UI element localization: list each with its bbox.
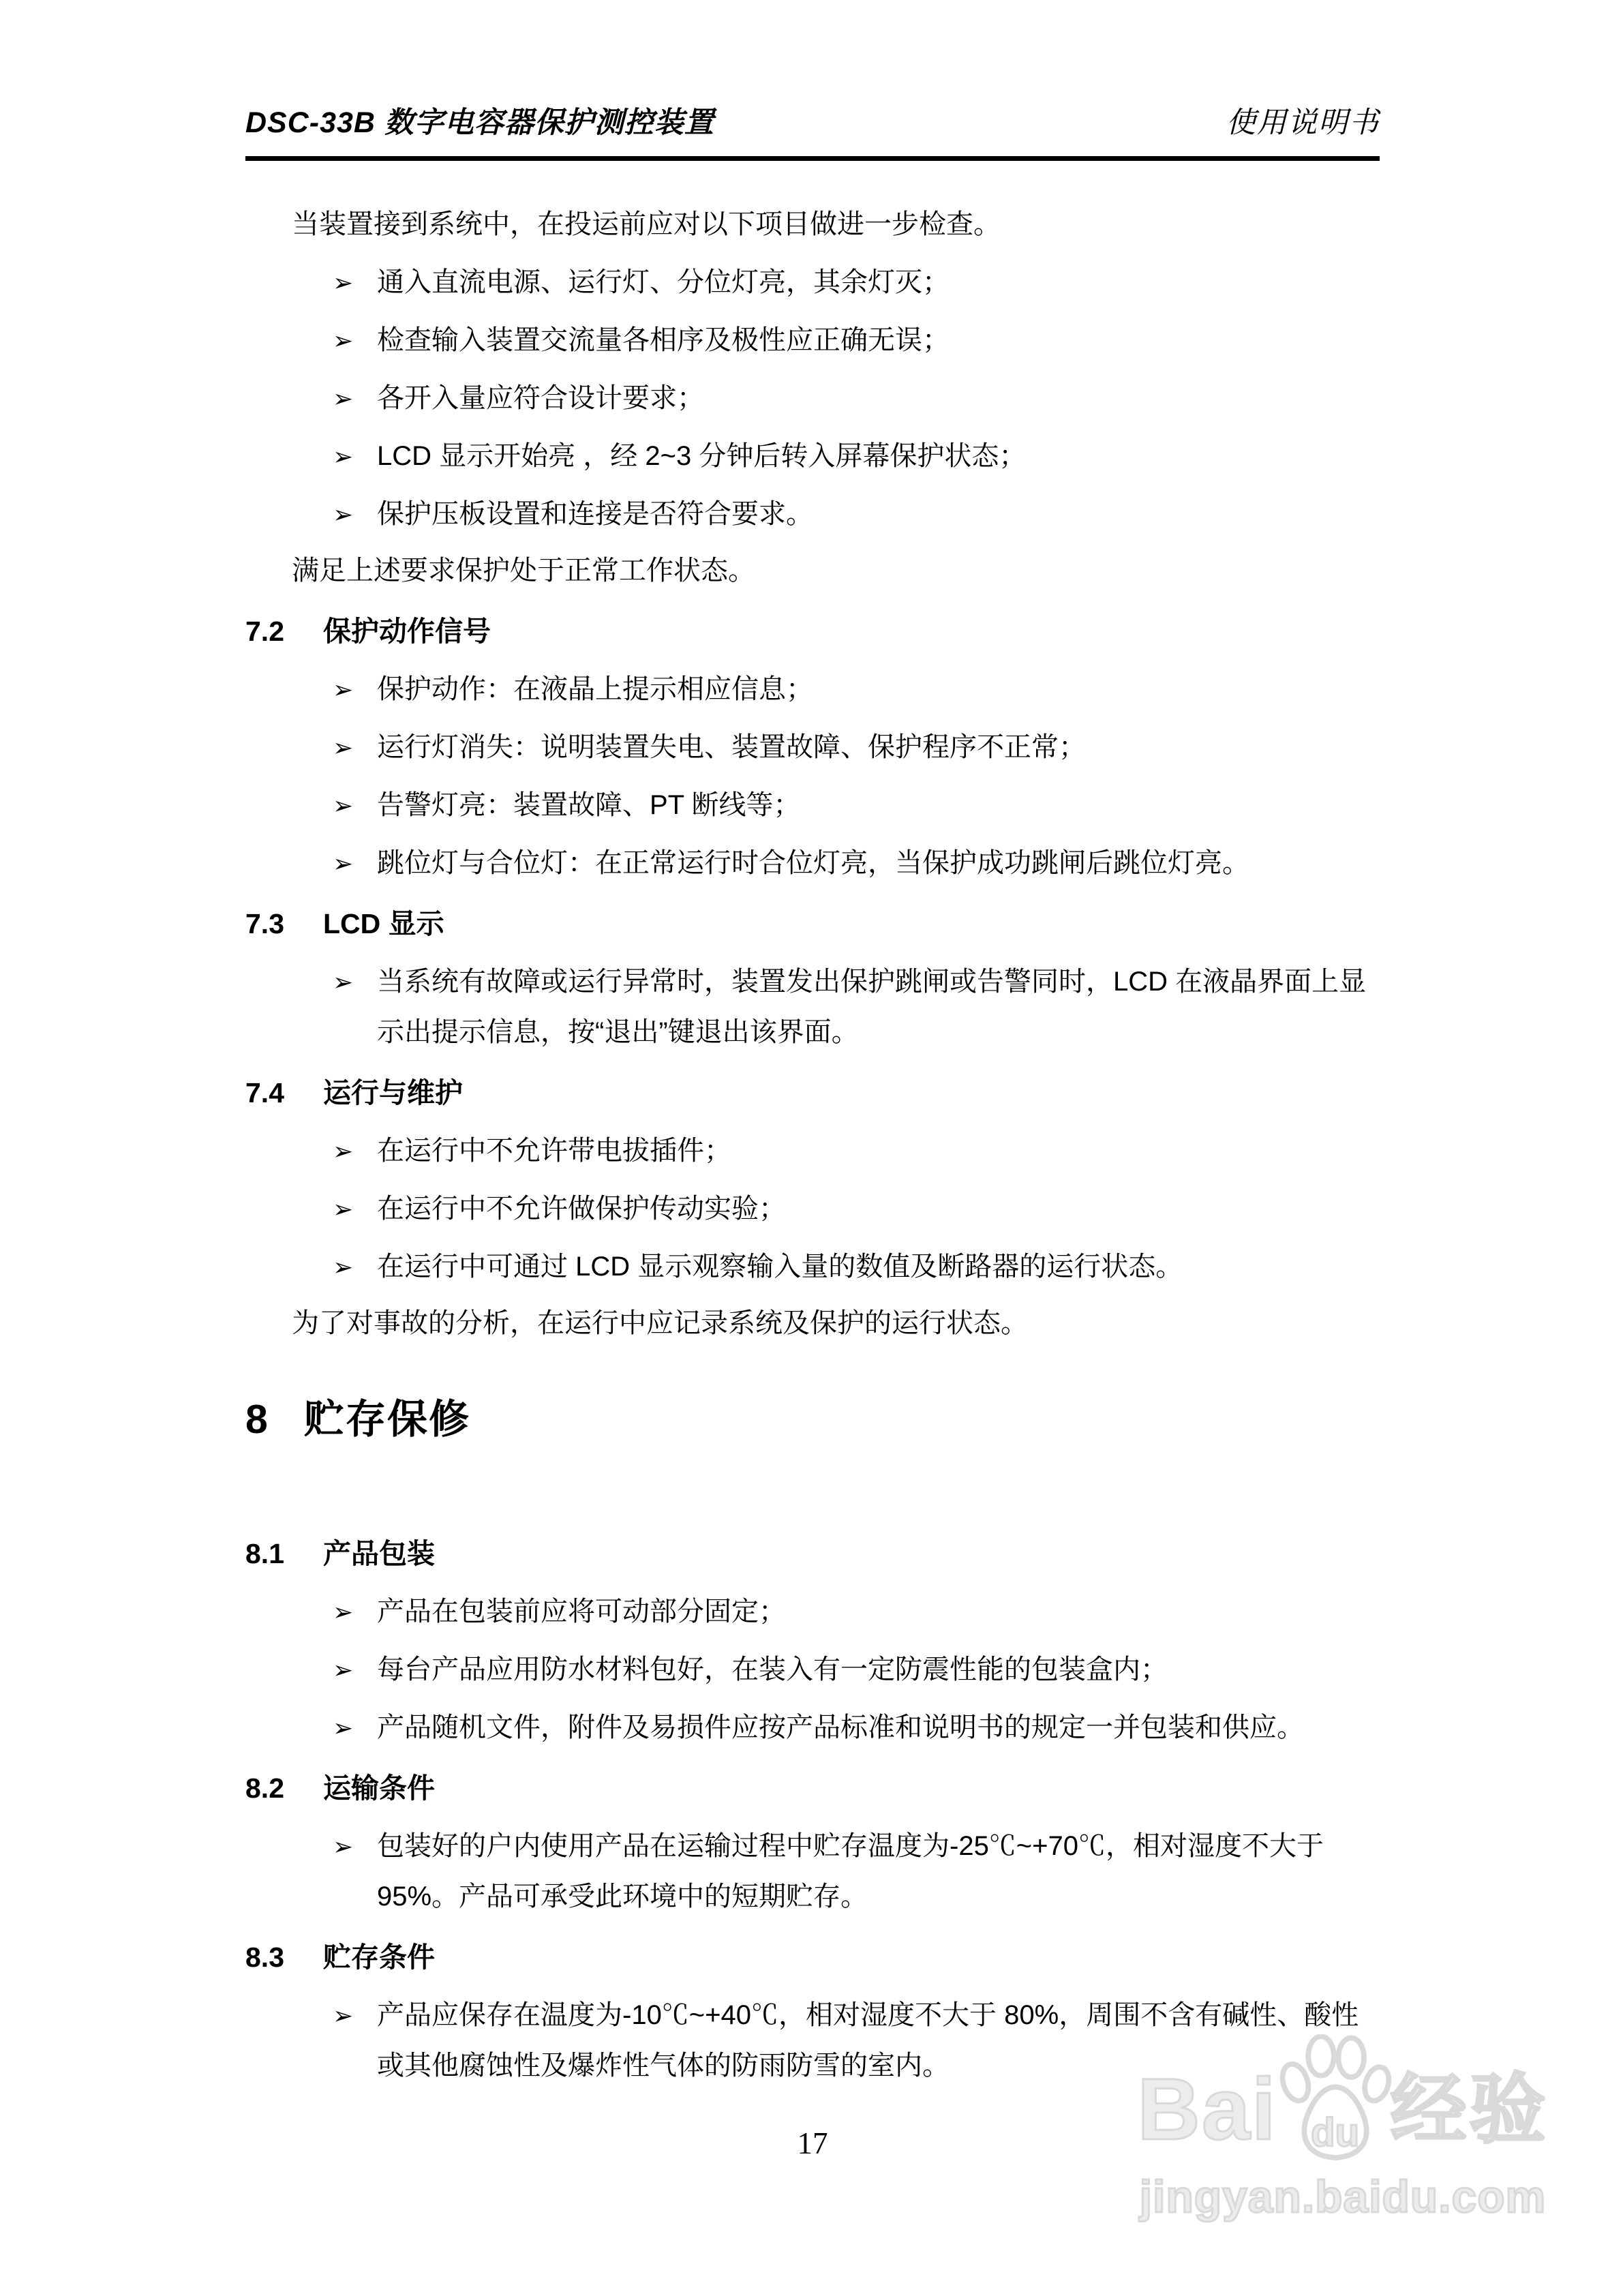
list-item-text: 每台产品应用防水材料包好，在装入有一定防震性能的包装盒内；	[377, 1655, 1168, 1685]
list-item: ➢ 包装好的户内使用产品在运输过程中贮存温度为-25℃~+70℃，相对湿度不大于…	[245, 1821, 1380, 1922]
section-number: 7.2	[245, 606, 323, 656]
section-heading-7-2: 7.2保护动作信号	[245, 606, 1380, 656]
bullet-arrow-icon: ➢	[333, 316, 353, 366]
bullet-arrow-icon: ➢	[333, 781, 353, 831]
section-number: 7.3	[245, 898, 323, 949]
list-item-text: 产品随机文件，附件及易损件应按产品标准和说明书的规定一并包装和供应。	[377, 1712, 1304, 1742]
bullet-arrow-icon: ➢	[333, 1242, 353, 1293]
section-title: 保护动作信号	[323, 616, 491, 647]
list-item-text: 通入直流电源、运行灯、分位灯亮，其余灯灭；	[377, 267, 950, 297]
baidu-jingyan-watermark: Bai du 经验 jingyan.baidu.com	[1135, 2045, 1551, 2222]
list-item-text: 保护动作：在液晶上提示相应信息；	[377, 674, 813, 704]
list-item-text: 运行灯消失：说明装置失电、装置故障、保护程序不正常；	[377, 732, 1086, 762]
bullet-arrow-icon: ➢	[333, 1822, 353, 1872]
list-item-text: 检查输入装置交流量各相序及极性应正确无误；	[377, 325, 950, 355]
list-item-text: 告警灯亮：装置故障、PT 断线等；	[377, 790, 801, 820]
bullet-arrow-icon: ➢	[333, 1587, 353, 1637]
header-doc-title: 使用说明书	[1226, 102, 1380, 143]
bullet-arrow-icon: ➢	[333, 1703, 353, 1753]
bullet-arrow-icon: ➢	[333, 432, 353, 482]
list-item: ➢ 每台产品应用防水材料包好，在装入有一定防震性能的包装盒内；	[245, 1644, 1380, 1695]
watermark-bai-text: Bai	[1137, 2066, 1277, 2154]
watermark-jingyan-text: 经验	[1391, 2072, 1549, 2148]
section-heading-8-3: 8.3贮存条件	[245, 1932, 1380, 1982]
list-item-text: 在运行中不允许带电拔插件；	[377, 1136, 731, 1166]
section-heading-8-2: 8.2运输条件	[245, 1763, 1380, 1813]
list-item: ➢ 检查输入装置交流量各相序及极性应正确无误；	[245, 315, 1380, 365]
list-item: ➢ 保护动作：在液晶上提示相应信息；	[245, 664, 1380, 714]
watermark-du-text: du	[1311, 2113, 1359, 2153]
list-item: ➢ 当系统有故障或运行异常时，装置发出保护跳闸或告警同时，LCD 在液晶界面上显…	[245, 956, 1380, 1057]
watermark-url-text: jingyan.baidu.com	[1135, 2171, 1551, 2222]
list-item-text: 包装好的户内使用产品在运输过程中贮存温度为-25℃~+70℃，相对湿度不大于 9…	[377, 1831, 1324, 1912]
list-item-text: LCD 显示开始亮 ，经 2~3 分钟后转入屏幕保护状态；	[377, 441, 1026, 471]
list-item: ➢ 运行灯消失：说明装置失电、装置故障、保护程序不正常；	[245, 722, 1380, 772]
section-title: 运输条件	[323, 1772, 435, 1804]
section-number: 8.1	[245, 1528, 323, 1579]
intro-paragraph: 当装置接到系统中，在投运前应对以下项目做进一步检查。	[245, 199, 1380, 250]
section-title: LCD 显示	[323, 908, 444, 939]
intro-close-paragraph: 满足上述要求保护处于正常工作状态。	[245, 545, 1380, 596]
section-title: 运行与维护	[323, 1077, 463, 1108]
section-number: 7.4	[245, 1068, 323, 1118]
chapter-title: 贮存保修	[304, 1397, 470, 1442]
bullet-arrow-icon: ➢	[333, 1991, 353, 2041]
bullet-arrow-icon: ➢	[333, 665, 353, 715]
list-item: ➢ LCD 显示开始亮 ，经 2~3 分钟后转入屏幕保护状态；	[245, 431, 1380, 481]
list-item-text: 产品在包装前应将可动部分固定；	[377, 1597, 786, 1627]
page-content: 当装置接到系统中，在投运前应对以下项目做进一步检查。 ➢ 通入直流电源、运行灯、…	[245, 164, 1380, 2091]
manual-page: DSC-33B 数字电容器保护测控装置 使用说明书 当装置接到系统中，在投运前应…	[0, 0, 1623, 2296]
list-item: ➢ 通入直流电源、运行灯、分位灯亮，其余灯灭；	[245, 257, 1380, 307]
list-item: ➢ 产品随机文件，附件及易损件应按产品标准和说明书的规定一并包装和供应。	[245, 1702, 1380, 1753]
bullet-arrow-icon: ➢	[333, 258, 353, 308]
bullet-arrow-icon: ➢	[333, 839, 353, 889]
bullet-arrow-icon: ➢	[333, 957, 353, 1008]
list-item-text: 各开入量应符合设计要求；	[377, 383, 704, 413]
list-item: ➢ 产品在包装前应将可动部分固定；	[245, 1586, 1380, 1637]
section-number: 8.2	[245, 1763, 323, 1813]
list-item-text: 在运行中不允许做保护传动实验；	[377, 1194, 786, 1224]
section-number: 8.3	[245, 1932, 323, 1982]
section-title: 产品包装	[323, 1538, 435, 1569]
bullet-arrow-icon: ➢	[333, 1126, 353, 1177]
header-divider	[245, 156, 1380, 161]
list-item: ➢ 在运行中可通过 LCD 显示观察输入量的数值及断路器的运行状态。	[245, 1241, 1380, 1292]
list-item: ➢ 在运行中不允许带电拔插件；	[245, 1126, 1380, 1176]
section-heading-7-3: 7.3LCD 显示	[245, 898, 1380, 949]
bullet-arrow-icon: ➢	[333, 374, 353, 424]
bullet-arrow-icon: ➢	[333, 1645, 353, 1695]
baidu-paw-icon: du	[1275, 2034, 1396, 2164]
list-item-text: 跳位灯与合位灯：在正常运行时合位灯亮，当保护成功跳闸后跳位灯亮。	[377, 848, 1249, 878]
list-item-text: 保护压板设置和连接是否符合要求。	[377, 499, 813, 529]
page-header: DSC-33B 数字电容器保护测控装置 使用说明书	[245, 102, 1380, 143]
list-item: ➢ 在运行中不允许做保护传动实验；	[245, 1183, 1380, 1234]
list-item: ➢ 告警灯亮：装置故障、PT 断线等；	[245, 780, 1380, 830]
section-heading-7-4: 7.4运行与维护	[245, 1068, 1380, 1118]
chapter-heading-8: 8贮存保修	[245, 1391, 1380, 1448]
list-item: ➢ 跳位灯与合位灯：在正常运行时合位灯亮，当保护成功跳闸后跳位灯亮。	[245, 838, 1380, 888]
list-item: ➢ 保护压板设置和连接是否符合要求。	[245, 489, 1380, 539]
bullet-arrow-icon: ➢	[333, 489, 353, 540]
bullet-arrow-icon: ➢	[333, 1184, 353, 1235]
section-heading-8-1: 8.1产品包装	[245, 1528, 1380, 1579]
list-item: ➢ 各开入量应符合设计要求；	[245, 373, 1380, 423]
list-item-text: 在运行中可通过 LCD 显示观察输入量的数值及断路器的运行状态。	[377, 1252, 1183, 1282]
list-item-text: 当系统有故障或运行异常时，装置发出保护跳闸或告警同时，LCD 在液晶界面上显示出…	[377, 967, 1366, 1047]
section-title: 贮存条件	[323, 1942, 435, 1973]
header-product-title: DSC-33B 数字电容器保护测控装置	[245, 102, 714, 143]
watermark-logo: Bai du 经验	[1135, 2045, 1551, 2175]
chapter-number: 8	[245, 1391, 304, 1448]
bullet-arrow-icon: ➢	[333, 723, 353, 773]
closing-paragraph: 为了对事故的分析，在运行中应记录系统及保护的运行状态。	[245, 1298, 1380, 1348]
